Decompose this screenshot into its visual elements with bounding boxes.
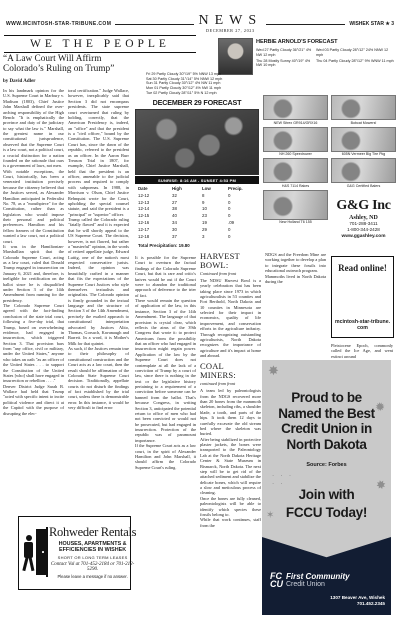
- weather-table-header: Low: [202, 186, 228, 193]
- rohweder-line-1: HOUSES, APARTMENTS & EFFICIENCIES IN WIS…: [49, 542, 136, 554]
- fccu-logo-initials: FC CU: [270, 572, 283, 589]
- table-cell: 0: [228, 213, 260, 220]
- table-cell: 40: [172, 213, 202, 220]
- forecast-left-column: Wed 27 Partly Cloudy 36°/21° 4% NW 12 mp…: [256, 48, 313, 70]
- masthead-rule-left: [115, 24, 194, 25]
- table-cell: 8: [202, 193, 228, 200]
- section-title: NEWS: [198, 14, 262, 28]
- table-cell: 19: [202, 220, 228, 227]
- fccu-headline: Proud to be Named the Best Credit Union …: [266, 390, 387, 452]
- fccu-address-block: 1307 Beaver Ave, Wishek 701.452.2345: [330, 595, 385, 607]
- weather-table-header: Precip.: [228, 186, 260, 193]
- table-cell: 34: [172, 220, 202, 227]
- table-cell: 12-14: [138, 206, 172, 213]
- fccu-banner: FC CU First Community Credit Union 1307 …: [262, 537, 391, 615]
- we-the-people-banner: WE THE PEOPLE: [4, 35, 196, 53]
- weather-table-header: Date: [138, 186, 172, 193]
- equipment-listing: Bobcat Mowers!: [331, 95, 396, 125]
- coal-miners-heading: COAL MINERS:: [200, 362, 261, 380]
- fccu-brand-subtitle: Credit Union: [286, 581, 350, 588]
- rohweder-title: Rohweder Rentals: [49, 526, 136, 540]
- weather-map-image: [135, 109, 259, 175]
- table-cell: .09: [228, 220, 260, 227]
- forecast-line: Wed 03 Partly Cloudy 28°/12° 24% NNW 12 …: [316, 48, 396, 57]
- equipment-photo: [263, 158, 328, 183]
- gg-company-name: G&G Inc: [331, 199, 396, 214]
- fccu-source: Source: Forbes: [266, 462, 387, 468]
- equipment-caption: G&G Certified Balers: [331, 184, 396, 188]
- table-cell: 12-15: [138, 213, 172, 220]
- coal-miners-continued: continued from front: [200, 381, 261, 386]
- page-number-label: WISHEK STAR ★ 3: [349, 21, 394, 27]
- table-cell: 12-12: [138, 193, 172, 200]
- table-cell: 0: [228, 234, 260, 241]
- weather-table: Date High Low Precip. 12-12 32 8 0 12-13…: [135, 186, 259, 241]
- gg-ad-photo-column-right: Bobcat Mowers! 605N Vermeer Big Tire Pkg…: [331, 95, 396, 188]
- equipment-caption: New Holland T6 155: [263, 220, 328, 224]
- door-person-icon: [22, 527, 46, 579]
- fccu-ad: ✸ ✹ ✶ ✸ · · ·· · Proud to be Named the B…: [262, 360, 391, 615]
- equipment-listing: New Holland T6 155: [263, 190, 328, 225]
- fccu-cta: Join with FCCU Today!: [266, 486, 387, 522]
- fccu-brand-name: First Community: [286, 573, 350, 581]
- article-column-2: toral certification." Judge Wallace, how…: [68, 88, 129, 512]
- rohweder-line-2: SHORT OR LONG TERM LEASES: [49, 556, 136, 560]
- harvest-bowl-body: The NDSU Harvest Bowl is a yearly celebr…: [200, 278, 261, 359]
- harvest-bowl-heading: HARVEST BOWL:: [200, 252, 261, 270]
- rohweder-line-4: Please leave a message if no answer.: [49, 575, 136, 580]
- equipment-photo: [331, 95, 396, 120]
- table-cell: 0: [228, 200, 260, 207]
- weather-table-header: High: [172, 186, 202, 193]
- forecast-right-column: Wed 03 Partly Cloudy 28°/12° 24% NNW 12 …: [316, 48, 396, 65]
- table-cell: 0: [228, 227, 260, 234]
- table-cell: 12-16: [138, 220, 172, 227]
- table-cell: 27: [172, 200, 202, 207]
- table-cell: 0: [228, 193, 260, 200]
- masthead: WWW.MCINTOSH-STAR-TRIBUNE.COM NEWS DECEM…: [6, 16, 394, 32]
- table-cell: 10: [202, 206, 228, 213]
- fccu-phone: 701.452.2345: [330, 601, 385, 607]
- equipment-caption: Bobcat Mowers!: [331, 121, 396, 125]
- rohweder-contact: Contact Val at 701-452-2184 or 701-212-5…: [49, 562, 136, 573]
- table-cell: 32: [172, 193, 202, 200]
- gg-phone-2: 1-800-344-2428: [331, 228, 396, 233]
- equipment-caption: NEW Sitrex GR914/GRX16: [263, 121, 328, 125]
- table-cell: 0: [228, 206, 260, 213]
- coal-miners-body: A team led by paleontologists from the N…: [200, 388, 261, 528]
- rohweder-rentals-ad: Rohweder Rentals HOUSES, APARTMENTS & EF…: [18, 516, 131, 590]
- continued-articles-column: HARVEST BOWL: Continued from front The N…: [200, 252, 261, 590]
- article-byline: by David Adler: [3, 79, 36, 84]
- equipment-caption: H&S 7114 Rakes: [263, 184, 328, 188]
- forecast-line: Thu 28 Mostly Sunny 40°/19° 4% NW 10 mph: [256, 59, 313, 68]
- read-online-ad: Read online! mcintosh-star-tribune.com: [331, 256, 394, 338]
- table-cell: 37: [172, 234, 202, 241]
- gg-ad-contact-block: G&G Inc Ashley, ND 701-288-3411 1-800-34…: [331, 199, 396, 239]
- read-online-url: mcintosh-star-tribune.com: [334, 319, 391, 331]
- equipment-listing: G&G Certified Balers: [331, 158, 396, 188]
- table-cell: 12-18: [138, 234, 172, 241]
- forecast-extended-lines: Fri 29 Partly Cloudy 30°/19° 5% NNW 13 m…: [146, 72, 268, 95]
- fccu-logo: FC CU First Community Credit Union: [270, 572, 350, 589]
- read-online-headline: Read online!: [338, 263, 387, 273]
- table-cell: 12-13: [138, 200, 172, 207]
- table-cell: 23: [202, 213, 228, 220]
- rohweder-ad-text: Rohweder Rentals HOUSES, APARTMENTS & EF…: [49, 526, 136, 579]
- equipment-photo: [331, 158, 396, 183]
- fireworks-icon: ✸: [268, 364, 279, 379]
- gg-ad-photo-column-left: NEW Sitrex GR914/GRX16 NH 260 Speedrower…: [263, 95, 328, 224]
- coal-miners-fragment: Pleistocene Epoch, commonly called the I…: [331, 343, 393, 359]
- article-column-3: It is possible for the Supreme Court to …: [135, 255, 196, 589]
- article-title: “A Law Court Will Affirm Colorado’s Ruli…: [3, 54, 143, 75]
- forecast-line: Wed 27 Partly Cloudy 36°/21° 4% NW 12 mp…: [256, 48, 313, 57]
- forecast-line: Tue 02 Partly Cloudy 28°/11° 5% N 12 mph: [146, 91, 268, 96]
- masthead-center: NEWS DECEMBER 27, 2023: [198, 14, 262, 33]
- forecaster-photo: [218, 38, 253, 75]
- table-cell: 30: [172, 227, 202, 234]
- dec29-forecast-header: DECEMBER 29 FORECAST: [135, 98, 259, 107]
- harvest-bowl-continued: Continued from front: [200, 271, 261, 276]
- sunrise-sunset-bar: SUNRISE: 8:16 AM - SUNSET 4:53 PM: [135, 176, 259, 184]
- table-cell: 38: [172, 206, 202, 213]
- equipment-listing: 605N Vermeer Big Tire Pkg: [331, 127, 396, 157]
- equipment-listing: NH 260 Speedrower: [263, 127, 328, 157]
- gg-website: www.ggashley.com: [331, 234, 396, 239]
- equipment-caption: 605N Vermeer Big Tire Pkg: [331, 152, 396, 156]
- issue-date: DECEMBER 27, 2023: [198, 29, 262, 33]
- coal-miners-column-2: NDGS and the Freedom Mine are working to…: [265, 252, 326, 356]
- equipment-listing: NEW Sitrex GR914/GRX16: [263, 95, 328, 125]
- table-cell: 9: [202, 200, 228, 207]
- equipment-listing: H&S 7114 Rakes: [263, 158, 328, 188]
- equipment-photo: [263, 127, 328, 152]
- table-cell: 12-17: [138, 227, 172, 234]
- newspaper-page: WWW.MCINTOSH-STAR-TRIBUNE.COM NEWS DECEM…: [0, 0, 400, 618]
- table-cell: 3: [202, 234, 228, 241]
- equipment-photo: [263, 190, 328, 220]
- masthead-rule-right: [266, 24, 345, 25]
- equipment-photo: [263, 95, 328, 120]
- total-precipitation: Total Precipitation: 19.80: [135, 243, 259, 248]
- forecast-title: HERBIE ARNOLD'S FORECAST: [256, 39, 366, 45]
- dec29-forecast-block: DECEMBER 29 FORECAST SUNRISE: 8:16 AM - …: [135, 98, 259, 248]
- equipment-photo: [331, 127, 396, 152]
- table-cell: 29: [202, 227, 228, 234]
- forecast-line: Thu 04 Partly Cloudy 28°/12° 9% WNW 11 m…: [316, 59, 396, 64]
- masthead-website: WWW.MCINTOSH-STAR-TRIBUNE.COM: [6, 21, 111, 27]
- article-column-1: In his landmark opinion for the U.S. Sup…: [3, 88, 64, 512]
- equipment-caption: NH 260 Speedrower: [263, 152, 328, 156]
